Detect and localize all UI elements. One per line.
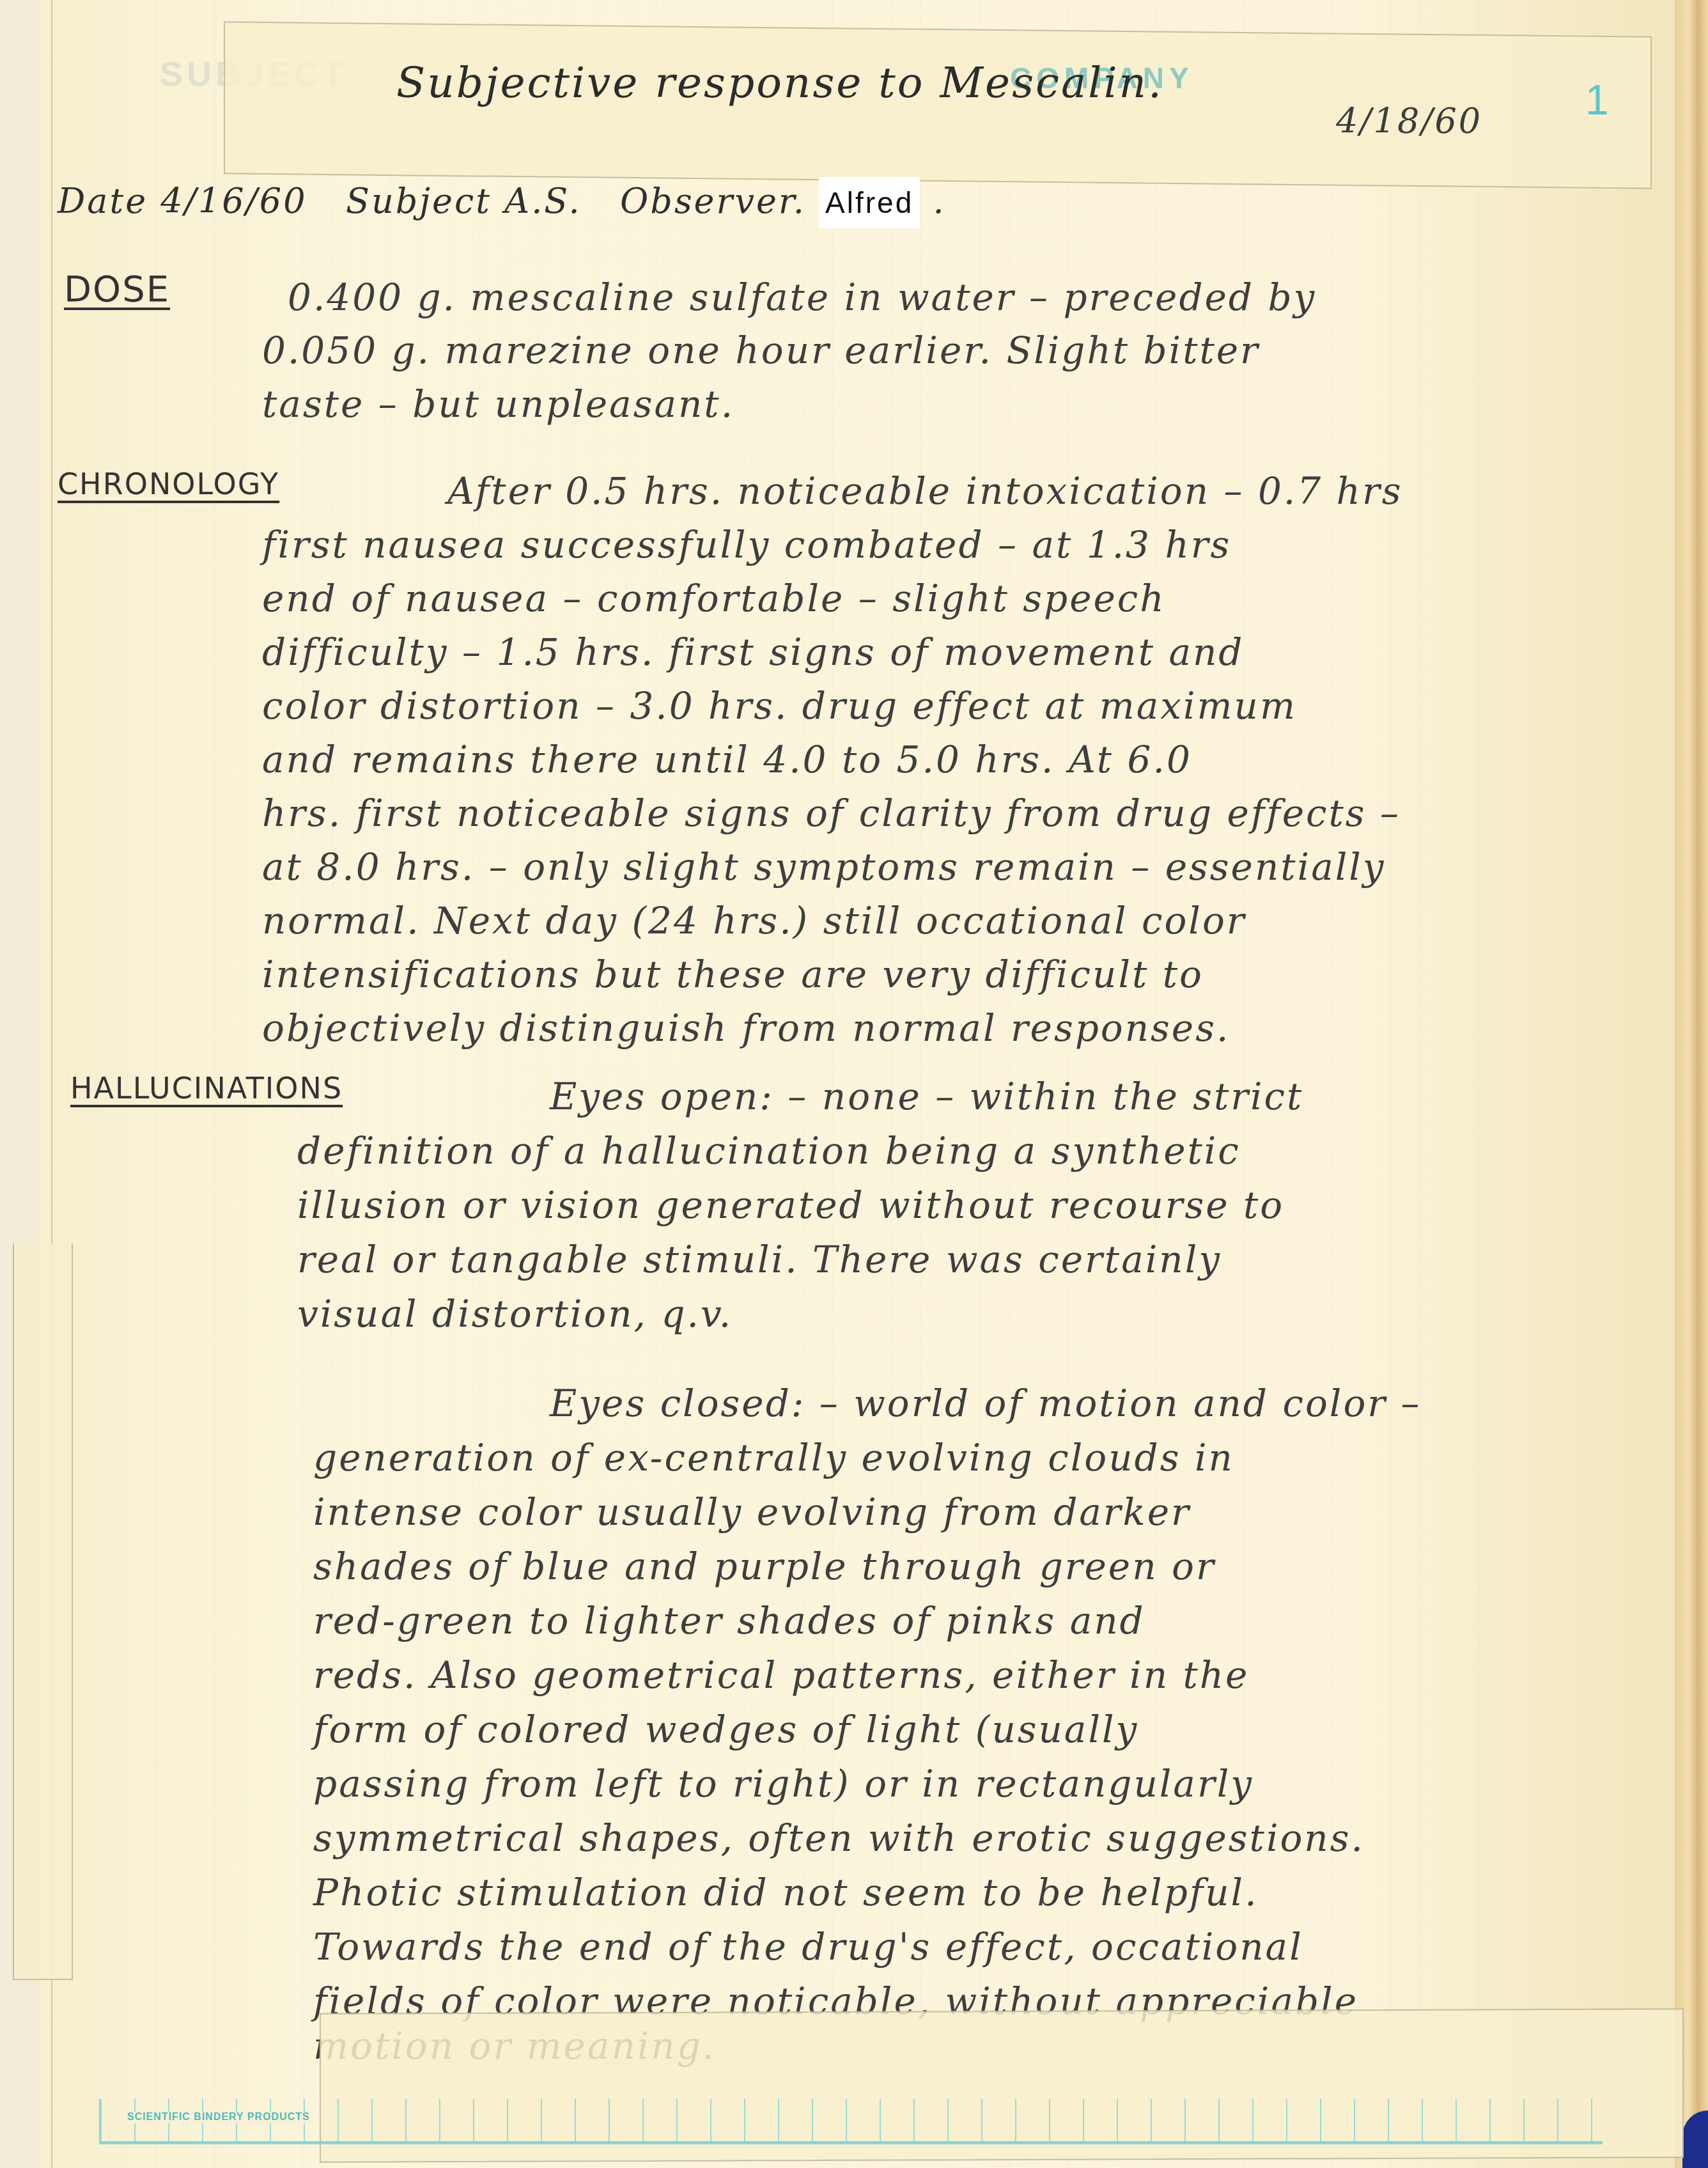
notebook-page-edges: [1675, 0, 1708, 2168]
chronology-line: and remains there until 4.0 to 5.0 hrs. …: [262, 734, 1192, 785]
chronology-line: hrs. first noticeable signs of clarity f…: [262, 788, 1401, 839]
hallucination-line: definition of a hallucination being a sy…: [297, 1125, 1241, 1176]
section-heading-dose: DOSE: [64, 269, 170, 310]
section-heading-hallucinations: HALLUCINATIONS: [70, 1071, 343, 1105]
hallucination-line: illusion or vision generated without rec…: [297, 1180, 1284, 1231]
chronology-line: at 8.0 hrs. – only slight symptoms remai…: [262, 841, 1386, 893]
subject-value: A.S.: [504, 181, 581, 221]
hallucination-line: shades of blue and purple through green …: [313, 1541, 1216, 1592]
chronology-line: end of nausea – comfortable – slight spe…: [262, 573, 1166, 624]
chronology-line: objectively distinguish from normal resp…: [262, 1002, 1230, 1054]
dose-line: 0.400 g. mescaline sulfate in water – pr…: [288, 272, 1316, 323]
experiment-meta: Date 4/16/60 Subject A.S. Observer. Alfr…: [58, 176, 946, 228]
tape-strip-left: [13, 1244, 73, 1980]
subject-label: Subject: [346, 181, 492, 221]
hallucination-line: Towards the end of the drug's effect, oc…: [313, 1921, 1303, 1972]
hallucination-line: Eyes open: – none – within the strict: [550, 1071, 1303, 1122]
date-value: 4/16/60: [160, 181, 307, 221]
hallucination-line: passing from left to right) or in rectan…: [313, 1758, 1254, 1809]
hallucination-line: visual distortion, q.v.: [297, 1288, 733, 1339]
date-label: Date: [58, 181, 148, 221]
chronology-line: normal. Next day (24 hrs.) still occatio…: [262, 895, 1246, 946]
title-date: 4/18/60: [1336, 96, 1482, 147]
printed-footer-brand: SCIENTIFIC BINDERY PRODUCTS: [125, 2112, 313, 2123]
printed-footer-grid: [99, 2099, 1603, 2144]
chronology-line: After 0.5 hrs. noticeable intoxication –…: [447, 465, 1402, 517]
chronology-line: difficulty – 1.5 hrs. first signs of mov…: [262, 627, 1244, 678]
hallucination-line: red-green to lighter shades of pinks and: [313, 1595, 1145, 1646]
hallucination-line: Photic stimulation did not seem to be he…: [313, 1867, 1259, 1918]
page-title: Subjective response to Mescalin.: [396, 58, 1163, 109]
hallucination-line: symmetrical shapes, often with erotic su…: [313, 1813, 1365, 1864]
hallucination-line: reds. Also geometrical patterns, either …: [313, 1649, 1249, 1701]
observer-label: Observer.: [620, 181, 806, 221]
dose-line: 0.050 g. marezine one hour earlier. Slig…: [262, 325, 1260, 376]
hallucination-line: intense color usually evolving from dark…: [313, 1486, 1191, 1538]
hallucination-line: form of colored wedges of light (usually: [313, 1704, 1138, 1755]
observer-value: Alfred: [819, 177, 920, 228]
chronology-line: color distortion – 3.0 hrs. drug effect …: [262, 680, 1297, 731]
hallucination-line: Eyes closed: – world of motion and color…: [550, 1378, 1421, 1429]
section-heading-chronology: CHRONOLOGY: [58, 467, 279, 501]
page-number: 1: [1585, 75, 1609, 124]
dose-line: taste – but unpleasant.: [262, 378, 734, 430]
chronology-line: first nausea successfully combated – at …: [262, 519, 1231, 570]
hallucination-line: real or tangable stimuli. There was cert…: [297, 1234, 1222, 1285]
meta-trailing-period: .: [933, 181, 945, 221]
chronology-line: intensifications but these are very diff…: [262, 949, 1204, 1000]
hallucination-line: generation of ex-centrally evolving clou…: [313, 1432, 1234, 1483]
